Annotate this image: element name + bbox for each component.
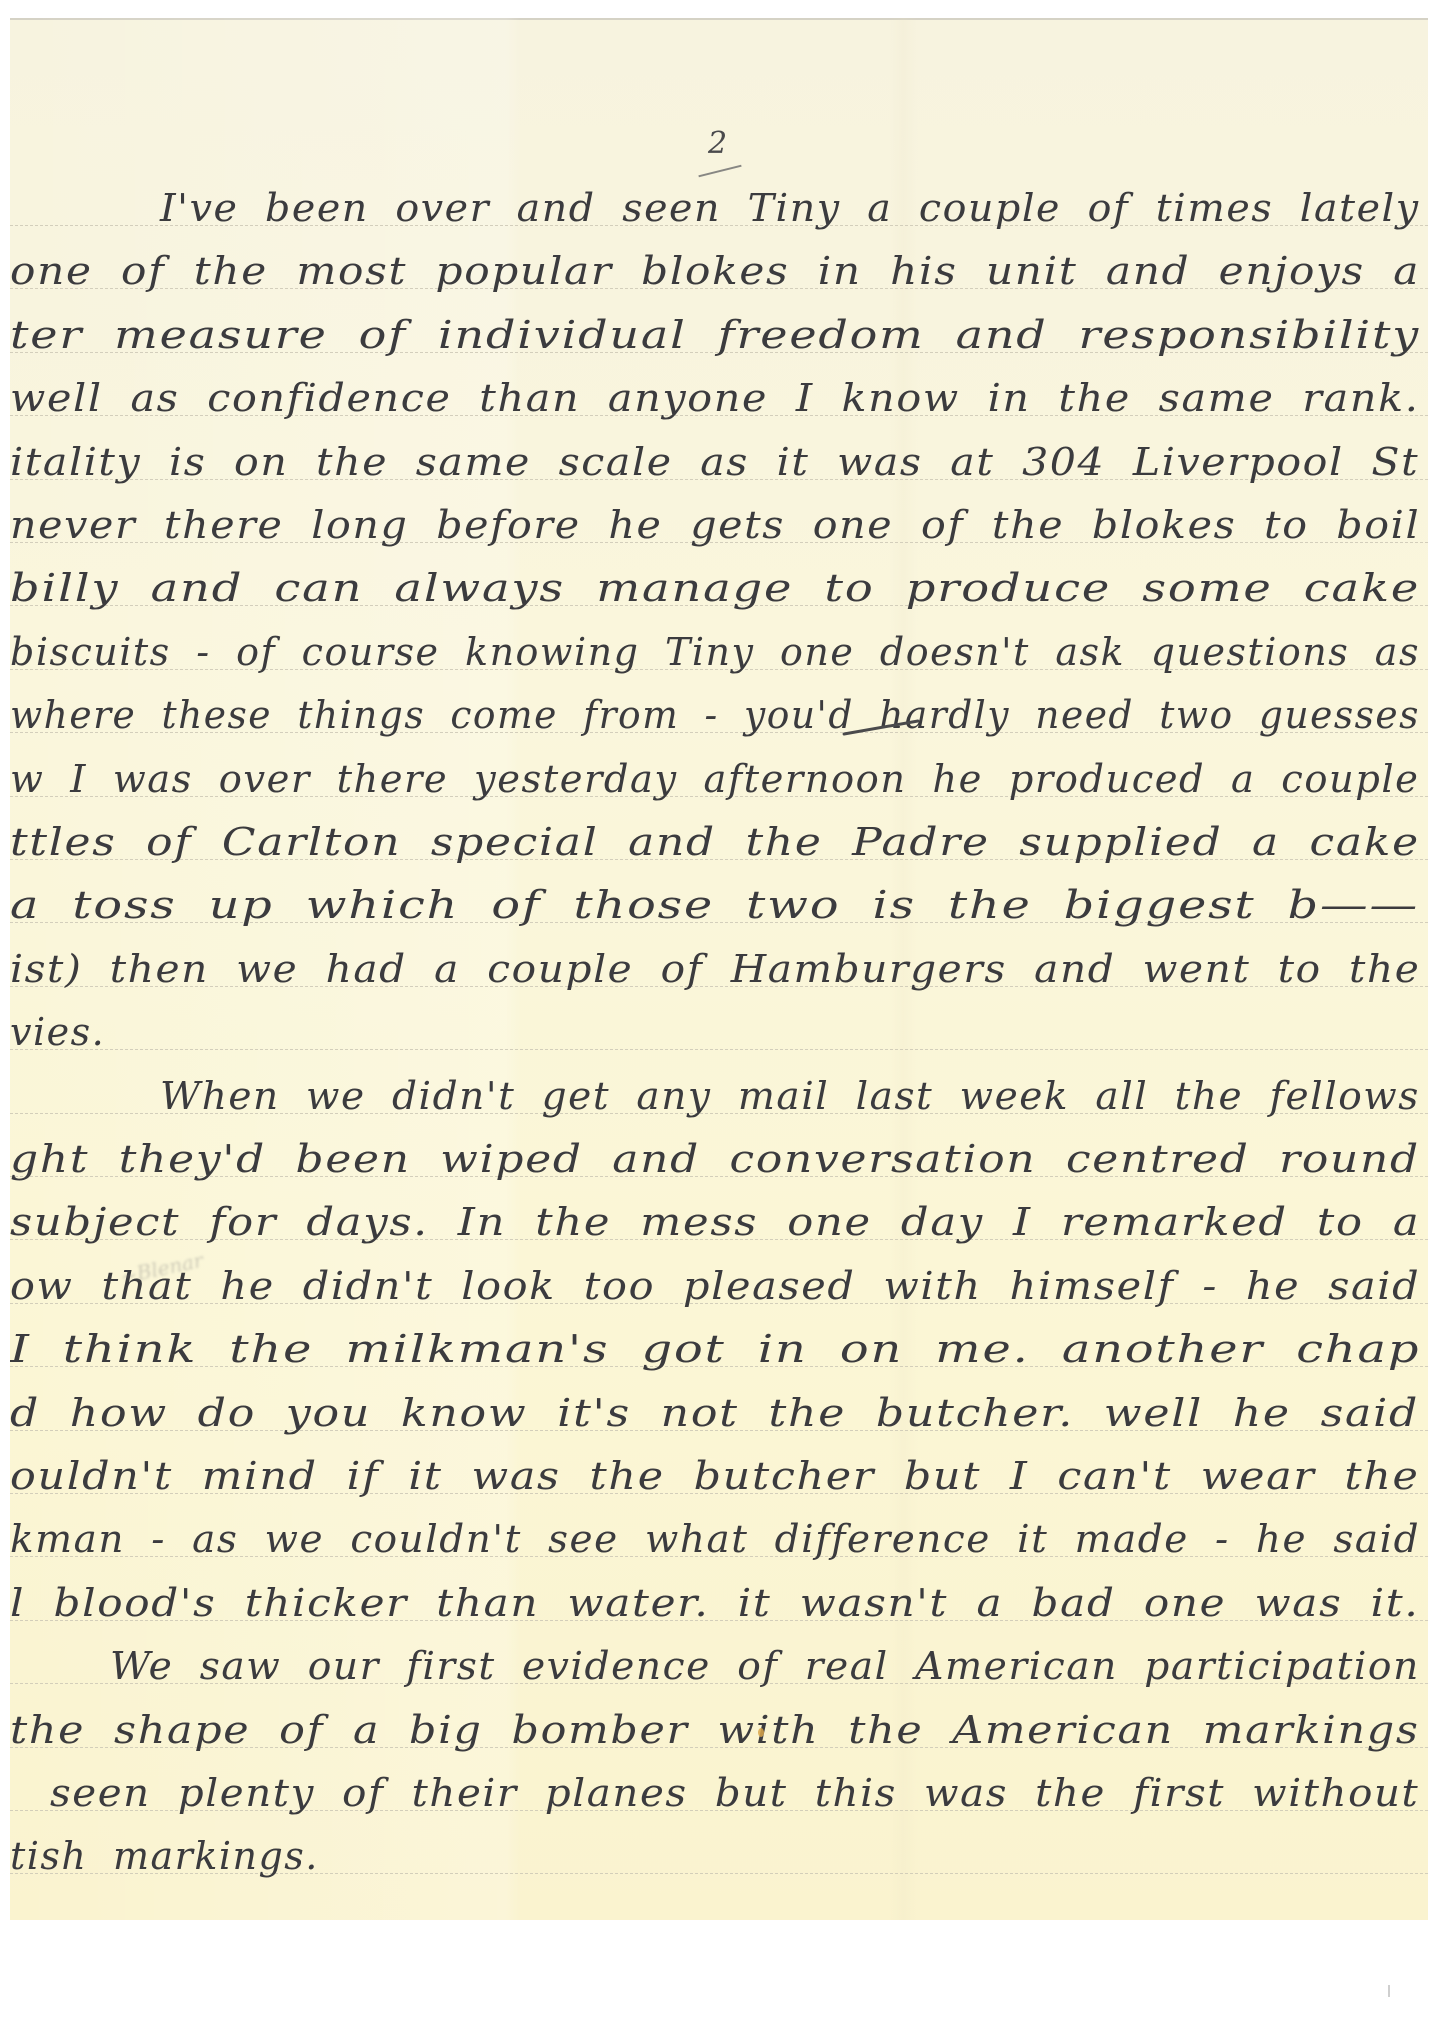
handwritten-line: billy and can always manage to produce s…: [10, 569, 1420, 607]
handwritten-line: one of the most popular blokes in his un…: [10, 252, 1420, 290]
handwritten-line: I've been over and seen Tiny a couple of…: [160, 189, 1420, 227]
handwritten-line: the shape of a big bomber with the Ameri…: [10, 1711, 1420, 1749]
handwritten-line: a toss up which of those two is the bigg…: [10, 886, 1419, 924]
handwritten-line: l blood's thicker than water. it wasn't …: [10, 1584, 1419, 1622]
handwritten-line: vies.: [10, 1013, 105, 1051]
handwritten-line: w I was over there yesterday afternoon h…: [10, 760, 1419, 798]
handwritten-line: never there long before he gets one of t…: [10, 506, 1420, 544]
ruled-line: [10, 1049, 1428, 1050]
handwritten-line: where these things come from - you'd har…: [10, 696, 1420, 734]
handwritten-line: ght they'd been wiped and conversation c…: [10, 1140, 1420, 1178]
handwritten-line: ouldn't mind if it was the butcher but I…: [10, 1457, 1420, 1495]
handwritten-line: itality is on the same scale as it was a…: [10, 443, 1419, 481]
handwritten-line: kman - as we couldn't see what differenc…: [10, 1520, 1420, 1558]
scanned-page: 2 I've been over and seen Tiny a couple …: [0, 0, 1433, 2023]
ink-spot: [758, 1728, 764, 1737]
handwritten-line: I think the milkman's got in on me. anot…: [10, 1330, 1420, 1368]
handwritten-line: We saw our first evidence of real Americ…: [110, 1647, 1420, 1685]
handwritten-line: ter measure of individual freedom and re…: [10, 316, 1420, 354]
handwritten-line: well as confidence than anyone I know in…: [10, 379, 1419, 417]
handwritten-line: d how do you know it's not the butcher. …: [10, 1394, 1419, 1432]
handwritten-line: subject for days. In the mess one day I …: [10, 1203, 1420, 1241]
handwritten-line: When we didn't get any mail last week al…: [160, 1077, 1420, 1115]
page-number: 2: [708, 126, 727, 161]
handwritten-line: ttles of Carlton special and the Padre s…: [10, 823, 1420, 861]
handwritten-line: ist) then we had a couple of Hamburgers …: [10, 950, 1420, 988]
letter-paper: 2 I've been over and seen Tiny a couple …: [10, 18, 1428, 1920]
handwritten-line: seen plenty of their planes but this was…: [50, 1774, 1419, 1812]
handwritten-line: biscuits - of course knowing Tiny one do…: [10, 633, 1420, 671]
scan-artifact: [1388, 1985, 1390, 1997]
handwritten-line: tish markings.: [10, 1837, 319, 1875]
page-number-underline: [698, 165, 741, 178]
